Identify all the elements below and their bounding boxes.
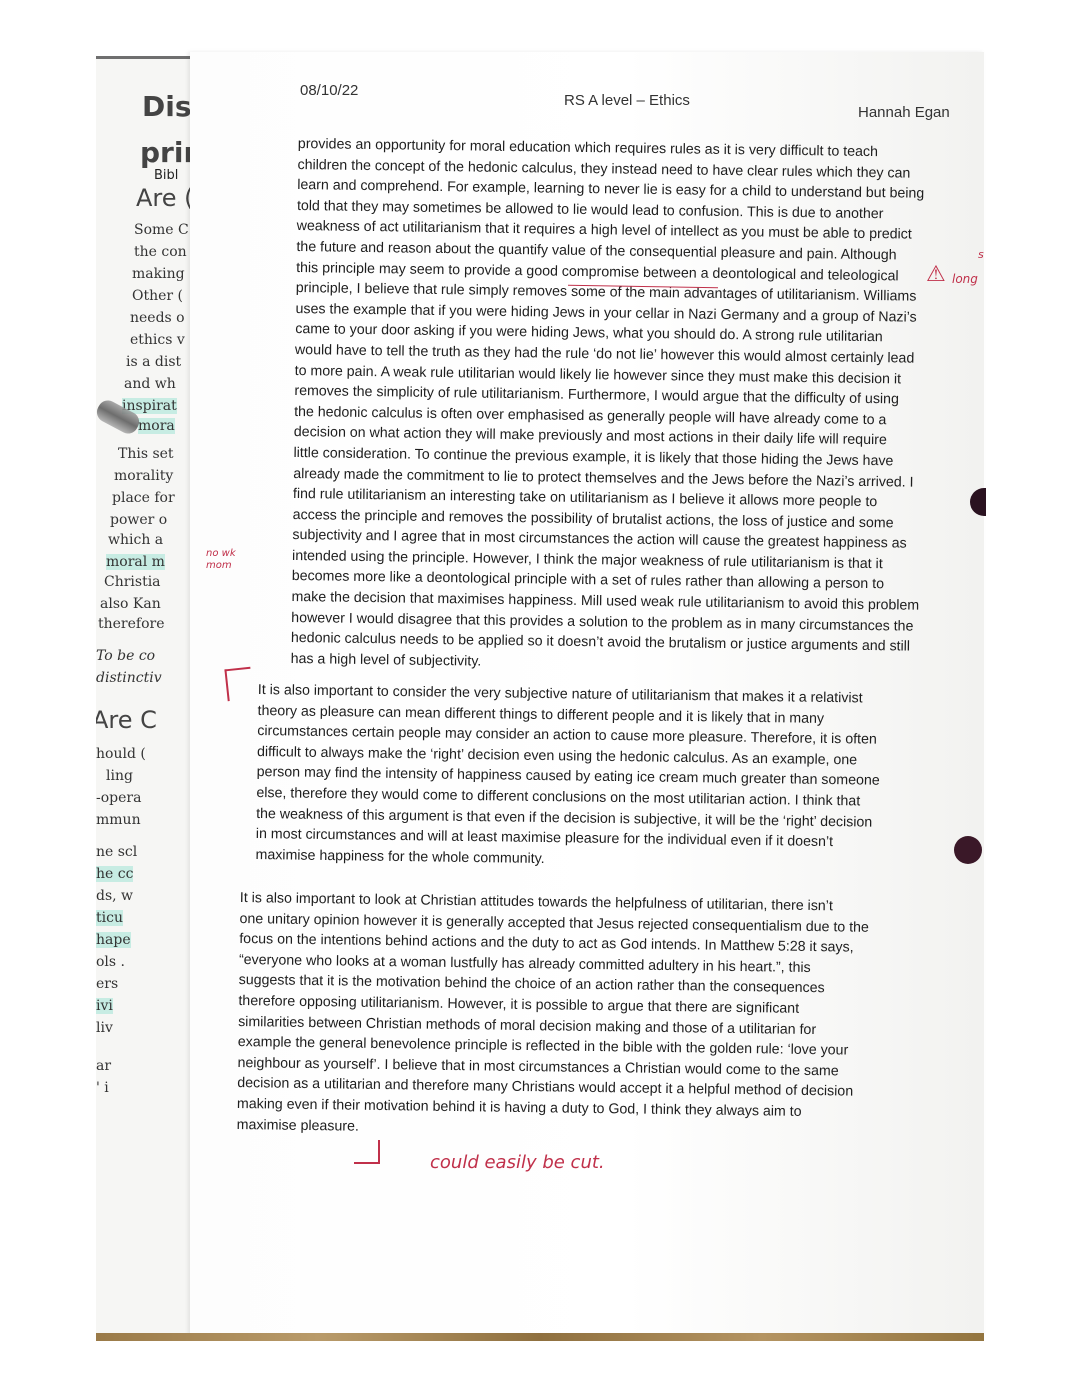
margin-note-left: no wk mom	[206, 548, 246, 572]
essay-title: RS A level – Ethics	[564, 92, 690, 109]
essay-page: 08/10/22 RS A level – Ethics Hannah Egan…	[190, 52, 984, 1337]
paragraph-bracket-close	[354, 1140, 380, 1164]
essay-author: Hannah Egan	[858, 104, 950, 121]
handwritten-note-bible: Bibl	[154, 168, 178, 183]
essay-date: 08/10/22	[300, 82, 358, 99]
paragraph-1: provides an opportunity for moral educat…	[291, 134, 948, 678]
table-surface-edge	[96, 1333, 984, 1341]
book-heading-3: Are C	[96, 706, 157, 734]
book-heading-1: Dis	[142, 90, 192, 123]
margin-letter: s	[978, 248, 984, 261]
book-subheading: Are (	[136, 184, 194, 212]
paragraph-bracket-open	[224, 667, 253, 702]
book-heading-2: prir	[140, 136, 197, 169]
warning-triangle-icon: ⚠	[926, 262, 946, 287]
page-edge-line	[96, 56, 196, 59]
margin-scrawl: long	[952, 272, 978, 286]
paragraph-2: It is also important to consider the ver…	[255, 680, 908, 874]
bottom-comment: could easily be cut.	[430, 1152, 605, 1173]
punch-hole-2	[954, 836, 982, 864]
paragraph-3: It is also important to look at Christia…	[237, 888, 900, 1144]
